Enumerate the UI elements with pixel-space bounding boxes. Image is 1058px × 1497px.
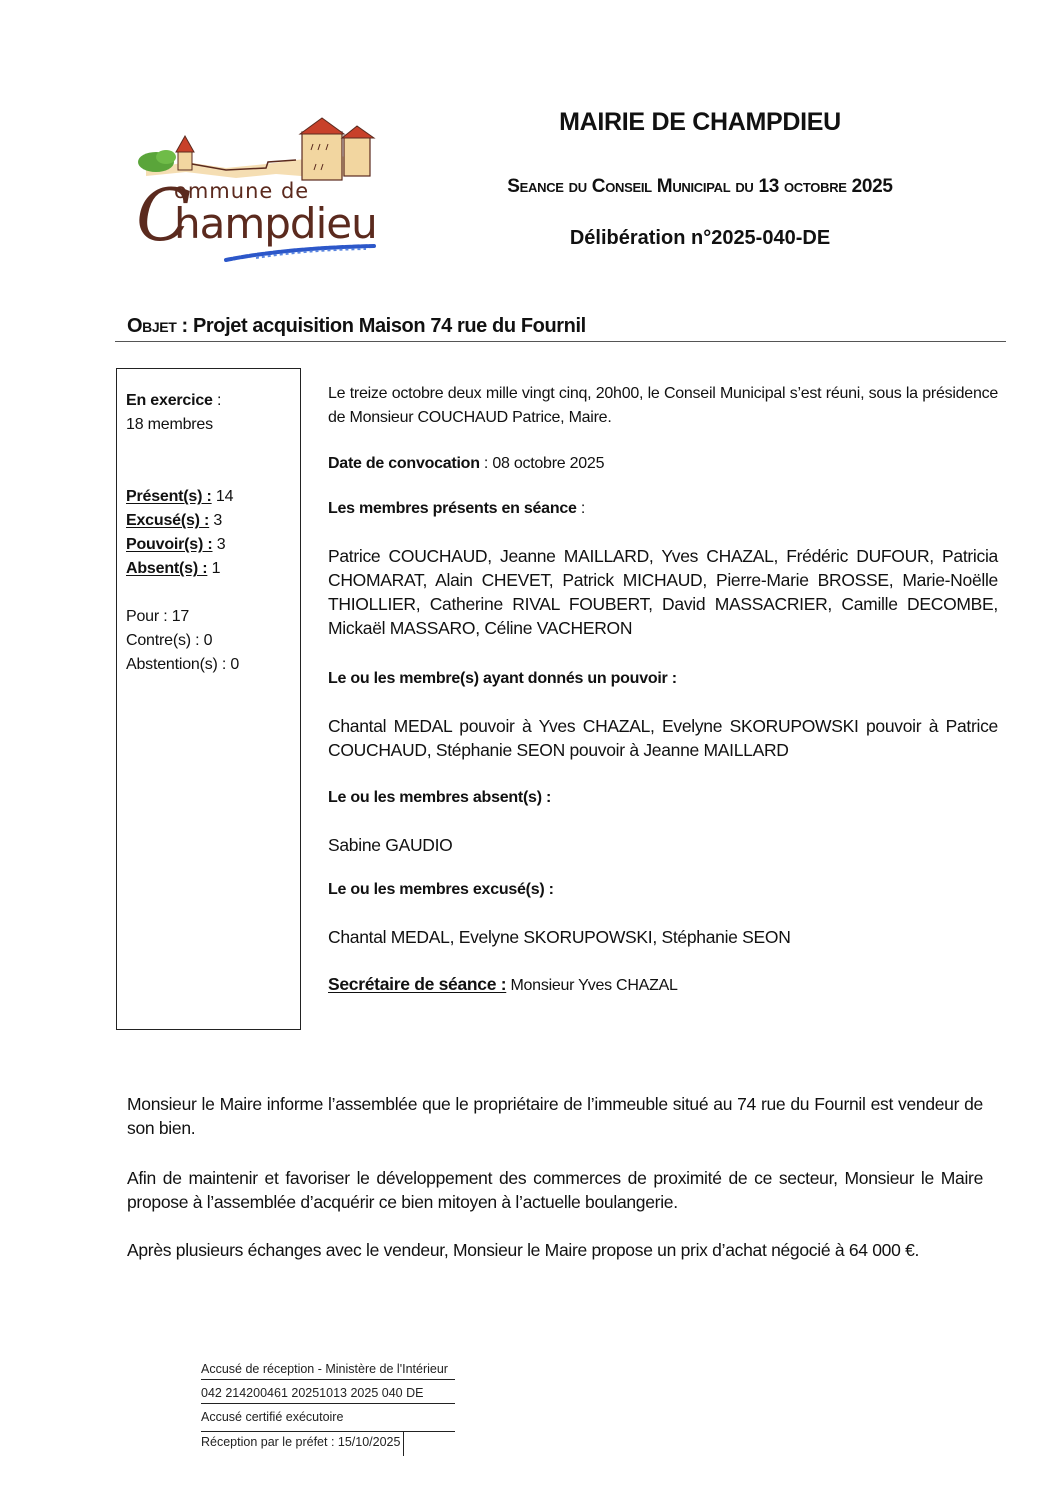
objet-text: Projet acquisition Maison 74 rue du Four… (193, 315, 586, 337)
objet-line: Objet : Projet acquisition Maison 74 rue… (127, 315, 586, 338)
body-paragraph-3: Après plusieurs échanges avec le vendeur… (127, 1238, 983, 1262)
en-exercice: En exercice : (126, 389, 221, 413)
commune-logo: C ommune de hampdieu (126, 112, 382, 268)
mairie-title: MAIRIE DE CHAMPDIEU (420, 108, 980, 137)
svg-text:hampdieu: hampdieu (174, 199, 377, 248)
seance-title: Seance du Conseil Municipal du 13 octobr… (420, 176, 980, 198)
stamp-line-2: 042 214200461 20251013 2025 040 DE (201, 1383, 455, 1407)
secretaire-line: Secrétaire de séance : Monsieur Yves CHA… (328, 972, 998, 998)
presents-count: Présent(s) : 14 (126, 485, 233, 509)
presents-list: Patrice COUCHAUD, Jeanne MAILLARD, Yves … (328, 544, 998, 640)
vote-contre: Contre(s) : 0 (126, 629, 212, 653)
seance-text: Seance du Conseil Municipal du 13 octobr… (507, 176, 892, 197)
convocation-date: Date de convocation : 08 octobre 2025 (328, 452, 998, 476)
body-paragraph-2: Afin de maintenir et favoriser le dévelo… (127, 1166, 983, 1214)
stamp-line-1: Accusé de réception - Ministère de l'Int… (201, 1359, 455, 1383)
absents-heading: Le ou les membres absent(s) : (328, 786, 998, 810)
pouvoirs-count: Pouvoir(s) : 3 (126, 533, 225, 557)
stamp-line-4: Réception par le préfet : 15/10/2025 (201, 1432, 404, 1456)
vote-pour: Pour : 17 (126, 605, 189, 629)
reception-stamp: Accusé de réception - Ministère de l'Int… (201, 1359, 455, 1456)
champdieu-village-icon: C ommune de hampdieu (126, 112, 382, 268)
vote-abstention: Abstention(s) : 0 (126, 653, 239, 677)
presents-heading: Les membres présents en séance : (328, 497, 998, 521)
objet-label: Objet : (127, 315, 188, 337)
objet-divider (115, 341, 1006, 342)
session-intro: Le treize octobre deux mille vingt cinq,… (328, 382, 998, 430)
excuses-count: Excusé(s) : 3 (126, 509, 222, 533)
stamp-line-3: Accusé certifié exécutoire (201, 1407, 455, 1431)
absents-count: Absent(s) : 1 (126, 557, 220, 581)
excuses-list: Chantal MEDAL, Evelyne SKORUPOWSKI, Stép… (328, 925, 998, 949)
absents-list: Sabine GAUDIO (328, 833, 998, 857)
en-exercice-value: 18 membres (126, 413, 213, 437)
pouvoir-list: Chantal MEDAL pouvoir à Yves CHAZAL, Eve… (328, 714, 998, 762)
pouvoir-heading: Le ou les membre(s) ayant donnés un pouv… (328, 667, 998, 691)
deliberation-number: Délibération n°2025-040-DE (420, 227, 980, 250)
vote-stats-box: En exercice : 18 membres Présent(s) : 14… (116, 368, 301, 1030)
excuses-heading: Le ou les membres excusé(s) : (328, 878, 998, 902)
body-paragraph-1: Monsieur le Maire informe l’assemblée qu… (127, 1092, 983, 1140)
